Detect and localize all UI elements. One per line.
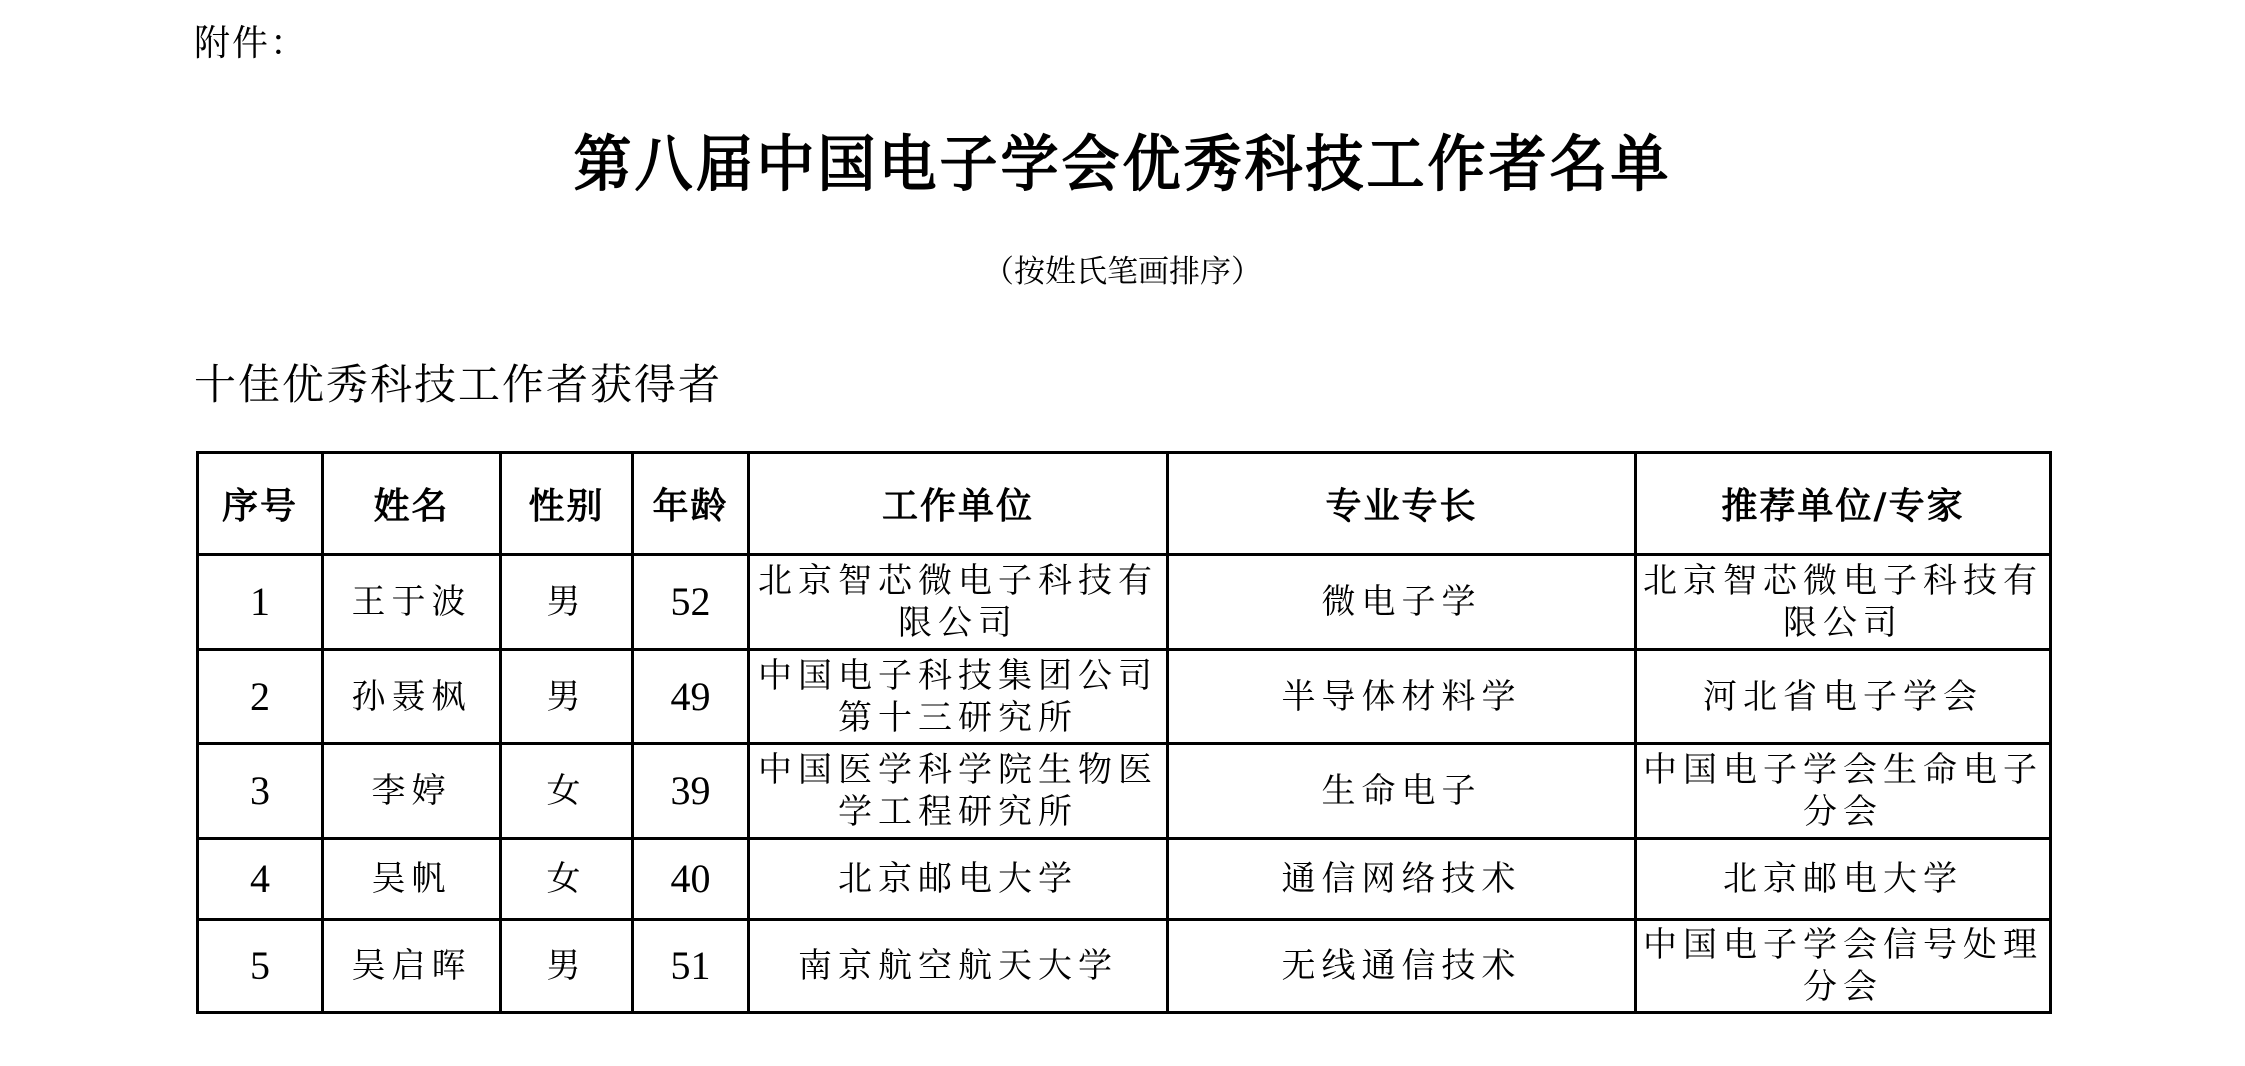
cell-index: 4 (198, 839, 323, 920)
cell-specialty: 微电子学 (1168, 555, 1636, 650)
cell-recommender: 北京邮电大学 (1636, 839, 2051, 920)
cell-age: 49 (633, 650, 749, 744)
table-row: 1 王于波 男 52 北京智芯微电子科技有限公司 微电子学 北京智芯微电子科技有… (198, 555, 2051, 650)
cell-gender: 男 (501, 650, 633, 744)
cell-age: 39 (633, 744, 749, 839)
table-row: 3 李婷 女 39 中国医学科学院生物医学工程研究所 生命电子 中国电子学会生命… (198, 744, 2051, 839)
cell-recommender: 河北省电子学会 (1636, 650, 2051, 744)
cell-gender: 男 (501, 920, 633, 1013)
page-title: 第八届中国电子学会优秀科技工作者名单 (0, 126, 2245, 202)
cell-gender: 女 (501, 744, 633, 839)
cell-employer: 中国医学科学院生物医学工程研究所 (749, 744, 1168, 839)
cell-name: 李婷 (323, 744, 501, 839)
cell-age: 51 (633, 920, 749, 1013)
section-heading: 十佳优秀科技工作者获得者 (194, 358, 722, 412)
cell-specialty: 通信网络技术 (1168, 839, 1636, 920)
cell-employer: 中国电子科技集团公司第十三研究所 (749, 650, 1168, 744)
cell-name: 王于波 (323, 555, 501, 650)
cell-index: 1 (198, 555, 323, 650)
cell-gender: 女 (501, 839, 633, 920)
header-recommender: 推荐单位/专家 (1636, 453, 2051, 555)
cell-age: 40 (633, 839, 749, 920)
cell-index: 5 (198, 920, 323, 1013)
page-subtitle: （按姓氏笔画排序） (0, 250, 2245, 294)
table-row: 2 孙聂枫 男 49 中国电子科技集团公司第十三研究所 半导体材料学 河北省电子… (198, 650, 2051, 744)
cell-employer: 南京航空航天大学 (749, 920, 1168, 1013)
cell-recommender: 中国电子学会信号处理分会 (1636, 920, 2051, 1013)
cell-specialty: 无线通信技术 (1168, 920, 1636, 1013)
cell-employer: 北京邮电大学 (749, 839, 1168, 920)
cell-index: 2 (198, 650, 323, 744)
awardee-table: 序号 姓名 性别 年龄 工作单位 专业专长 推荐单位/专家 1 王于波 男 52… (196, 451, 2052, 1014)
cell-recommender: 北京智芯微电子科技有限公司 (1636, 555, 2051, 650)
cell-name: 吴帆 (323, 839, 501, 920)
header-name: 姓名 (323, 453, 501, 555)
header-specialty: 专业专长 (1168, 453, 1636, 555)
header-gender: 性别 (501, 453, 633, 555)
cell-index: 3 (198, 744, 323, 839)
table-header-row: 序号 姓名 性别 年龄 工作单位 专业专长 推荐单位/专家 (198, 453, 2051, 555)
header-employer: 工作单位 (749, 453, 1168, 555)
cell-recommender: 中国电子学会生命电子分会 (1636, 744, 2051, 839)
cell-name: 吴启晖 (323, 920, 501, 1013)
table-row: 5 吴启晖 男 51 南京航空航天大学 无线通信技术 中国电子学会信号处理分会 (198, 920, 2051, 1013)
table-row: 4 吴帆 女 40 北京邮电大学 通信网络技术 北京邮电大学 (198, 839, 2051, 920)
header-age: 年龄 (633, 453, 749, 555)
cell-employer: 北京智芯微电子科技有限公司 (749, 555, 1168, 650)
cell-age: 52 (633, 555, 749, 650)
attachment-label: 附件： (194, 20, 308, 68)
cell-specialty: 半导体材料学 (1168, 650, 1636, 744)
cell-name: 孙聂枫 (323, 650, 501, 744)
cell-specialty: 生命电子 (1168, 744, 1636, 839)
cell-gender: 男 (501, 555, 633, 650)
header-index: 序号 (198, 453, 323, 555)
